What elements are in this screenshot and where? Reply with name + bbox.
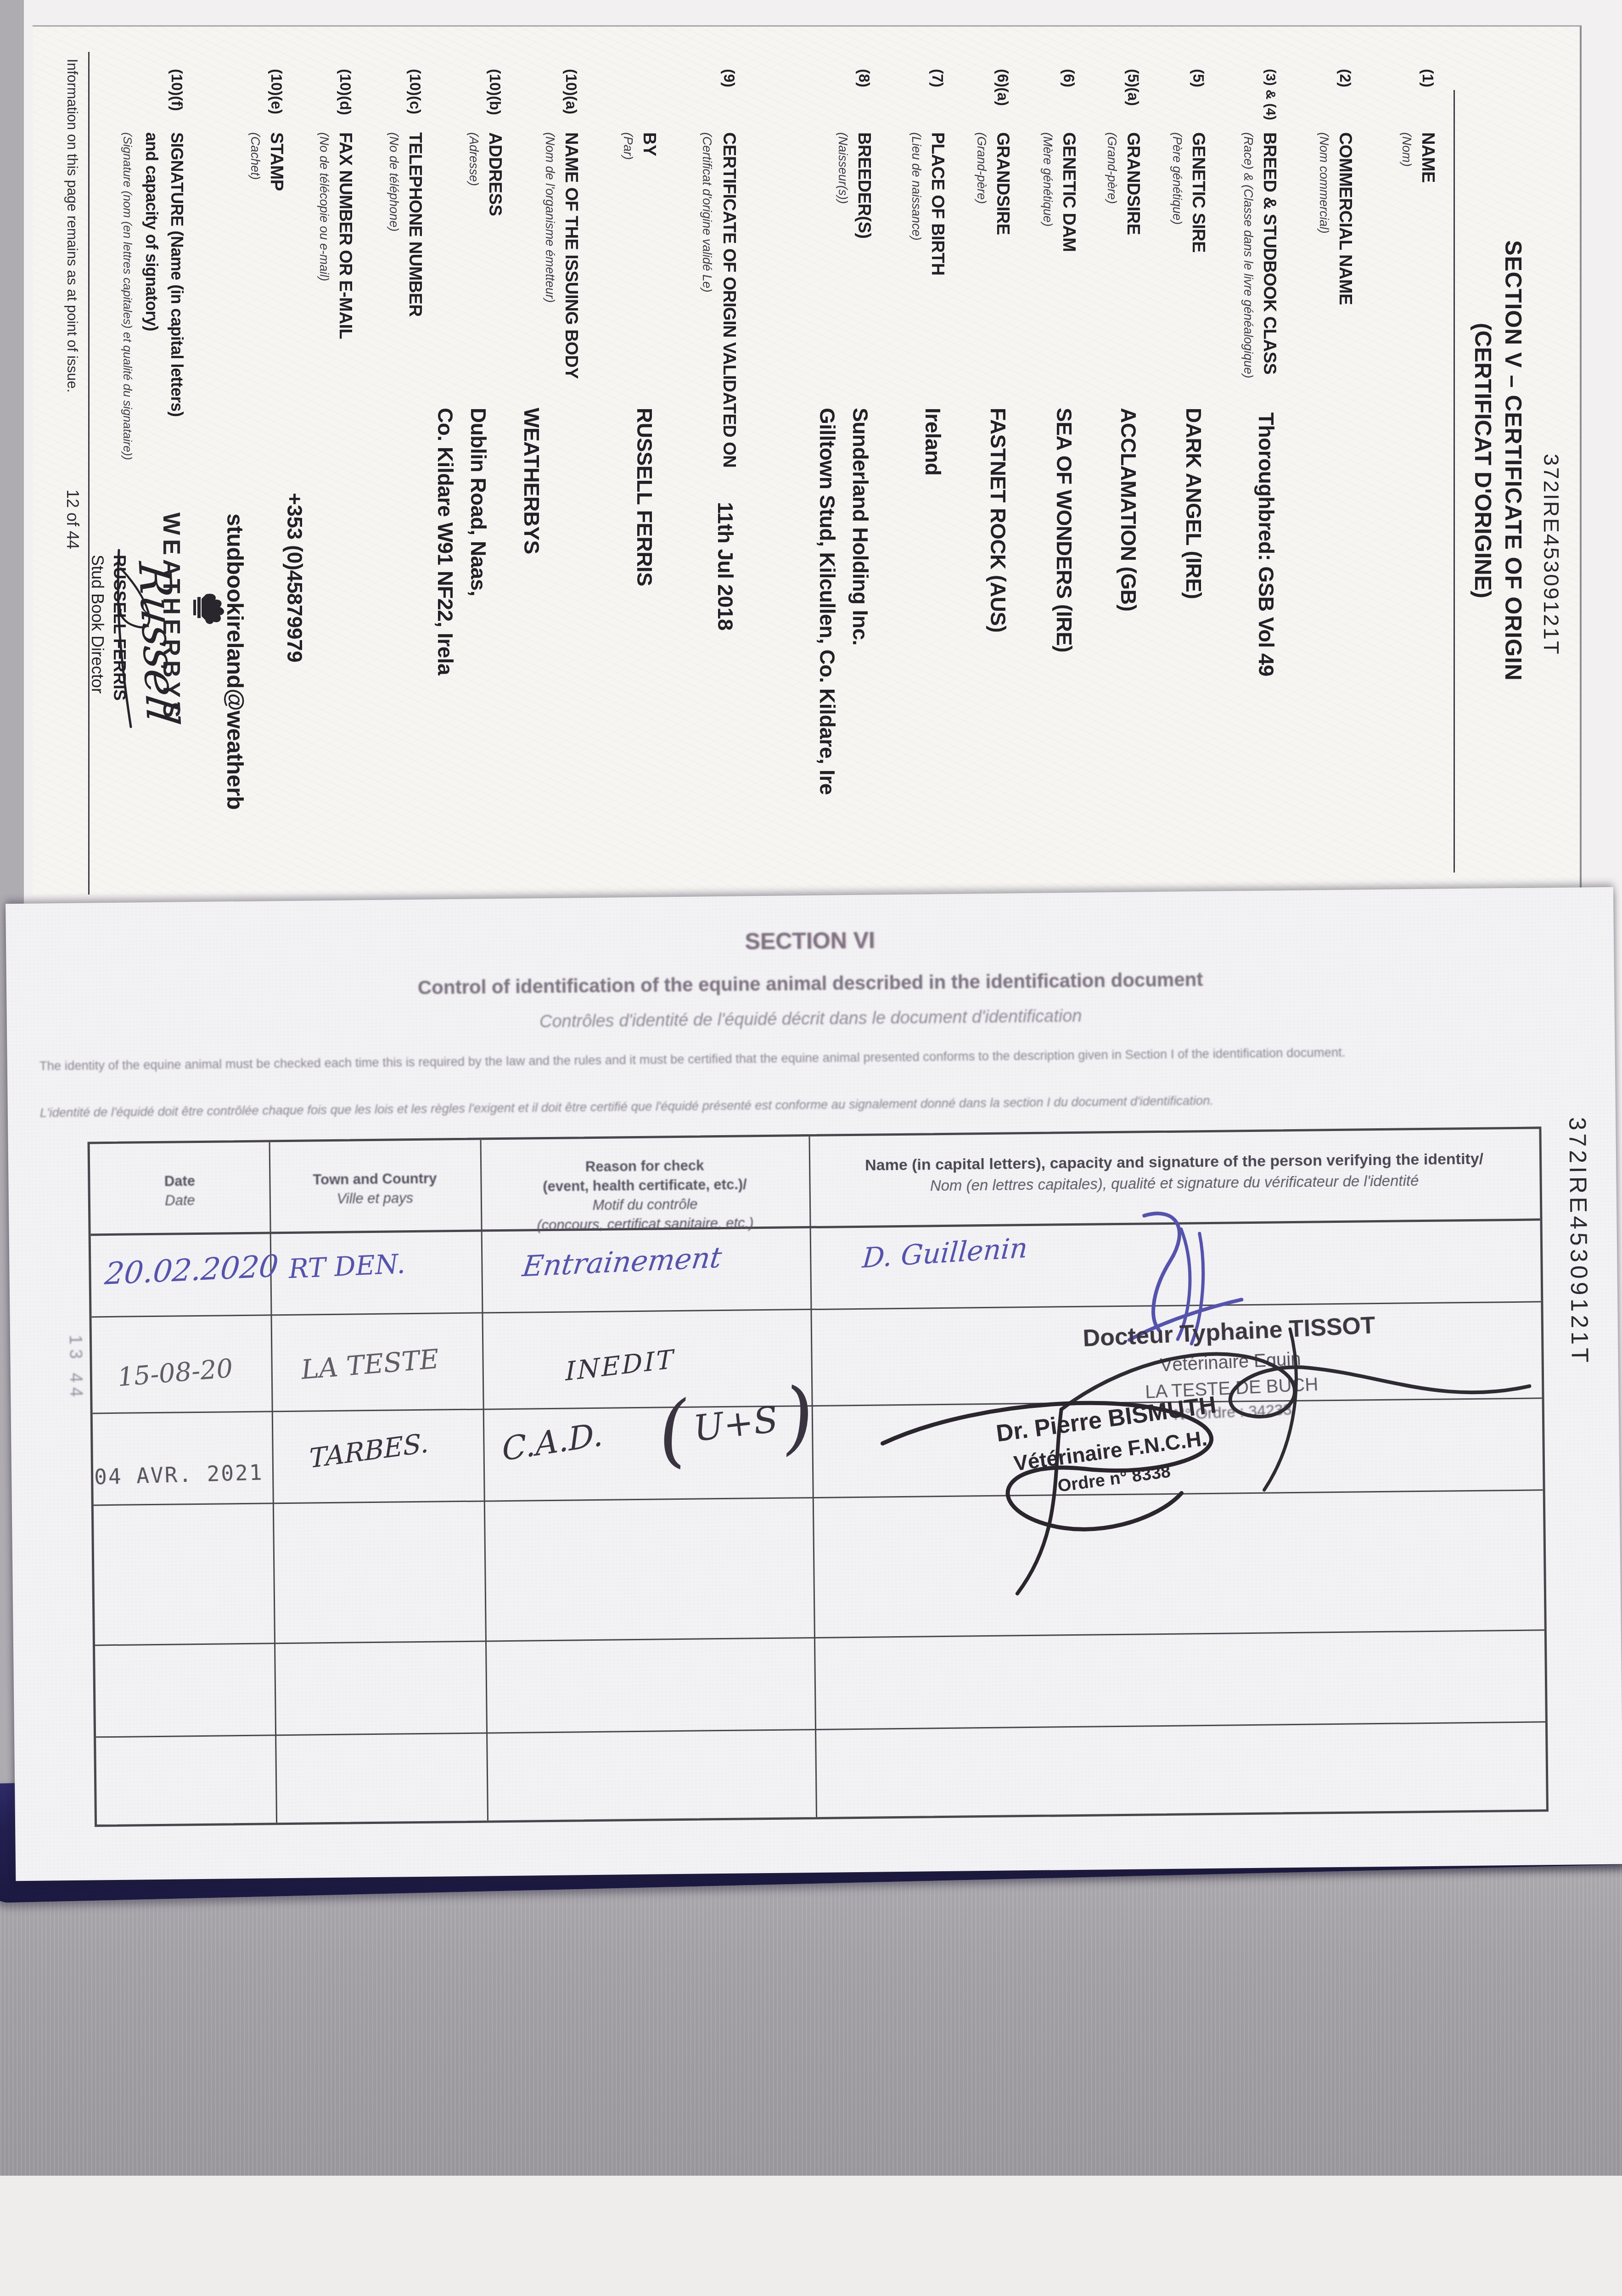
field-10b-label: ADDRESS [485,132,505,216]
grandsire-sire-value: ACCLAMATION (GB) [1116,408,1141,611]
scanner-gray-background [0,1863,1622,2177]
left-margin-marks: 13 44 [65,1335,86,1402]
field-10e-label: STAMP [266,132,286,191]
field-10b-num: (10)(b) [486,69,504,115]
row-divider-5 [96,1721,1545,1738]
genetic-sire-value: DARK ANGEL (IRE) [1181,408,1206,599]
field-9-label-fr: (Certificat d'origine validé Le) [700,132,714,293]
field-10d-num: (10)(d) [337,69,354,115]
field-2-num: (2) [1336,69,1354,87]
field-1-label-fr: (Nom) [1399,132,1414,167]
field-3-4-num: (3) & (4) [1263,69,1278,120]
row1-date: 20.02.2020 [103,1248,280,1292]
field-10e-label-fr: (Cachet) [248,132,262,180]
header-date-en: Date [90,1171,269,1192]
header-town-fr: Ville et pays [269,1187,481,1209]
row1-town: RT DEN. [288,1248,406,1284]
field-3-4-label: BREED & STUDBOOK CLASS [1259,132,1279,374]
row-divider-4 [95,1629,1544,1646]
header-rule [1454,90,1455,872]
field-10f-label-fr: (Signature (nom (en lettres capitales) e… [120,132,135,460]
field-10a-label: NAME OF THE ISSUING BODY [561,132,581,379]
field-10f-label-line2: and capacity of signatory) [142,132,161,331]
row3-reason: C.A.D. [501,1415,604,1469]
field-10f-num: (10)(f) [168,69,185,111]
row1-verifier-name: D. Guillenin [861,1232,1029,1274]
field-9-label: CERTIFICATE OF ORIGIN VALIDATED ON [719,132,739,467]
header-date: Date Date [90,1171,269,1211]
grandsire-dam-value: FASTNET ROCK (AUS) [986,408,1010,632]
field-10c-label: TELEPHONE NUMBER [405,132,425,317]
field-9-num: (9) [720,69,738,87]
field-10c-num: (10)(c) [406,69,424,114]
scanned-horse-passport: 372IRE45309121T SECTION V – CERTIFICATE … [0,0,1622,2296]
signatory-title: Stud Book Director [88,555,107,693]
scanner-streaks [0,1863,1622,2177]
row2-date: 15-08-20 [117,1354,234,1393]
section-vi-identification-page: SECTION VI Control of identification of … [6,887,1622,1881]
field-2-label: COMMERCIAL NAME [1335,132,1355,305]
row3-town: TARBES. [309,1427,429,1474]
header-reason-line3: Motif du contrôle [481,1193,809,1216]
field-6a-label-fr: (Grand-père) [974,132,988,204]
section-v-heading-fr: (CERTIFICAT D'ORIGINE) [1470,27,1496,895]
header-town-en: Town and Country [269,1169,480,1190]
address-value-line2: Co. Kildare W91 NF22, Irela [433,408,458,675]
field-7-label-fr: (Lieu de naissance) [909,132,923,241]
field-5-num: (5) [1190,69,1207,87]
field-1-num: (1) [1419,69,1437,87]
scanner-bottom-margin [0,2176,1622,2296]
by-label: BY [639,132,659,156]
breeder-value-line2: Gilltown Stud, Kilcullen, Co. Kildare, I… [815,408,840,795]
header-reason-line2: (event, health certificate, etc.)/ [480,1174,809,1197]
field-2-label-fr: (Nom commercial) [1317,132,1331,234]
header-reason-line4: (concours, certificat sanitaire, etc.) [481,1213,809,1235]
row1-reason: Entrainement [521,1240,724,1283]
field-8-label: BREEDER(S) [854,132,874,238]
field-6-label-fr: (Mère génétique) [1040,132,1055,227]
header-verifier: Name (in capital letters), capacity and … [809,1148,1540,1197]
column-divider-2 [480,1140,489,1821]
field-6a-num: (6)(a) [994,69,1011,106]
genetic-dam-value: SEA OF WONDERS (IRE) [1052,408,1077,653]
field-5a-label: GRANDSIRE [1123,132,1143,235]
field-7-label: PLACE OF BIRTH [927,132,947,276]
row3-reason-parens: ( U+S ) [654,1380,818,1468]
page-number: 12 of 44 [63,490,82,549]
field-10a-num: (10)(a) [562,69,580,114]
footer-note: Information on this page remains as at p… [64,59,80,393]
field-10a-label-fr: (Nom de l'organisme émetteur) [543,132,557,303]
header-reason: Reason for check (event, health certific… [480,1155,810,1235]
field-8-num: (8) [855,69,873,87]
field-6-label: GENETIC DAM [1059,132,1078,252]
by-value: RUSSELL FERRIS [632,408,657,586]
field-5-label-fr: (Père génétique) [1170,132,1184,225]
field-5a-label-fr: (Grand-père) [1105,132,1119,204]
header-town: Town and Country Ville et pays [269,1169,481,1210]
field-10f-label-line1: SIGNATURE (Name (in capital letters) [167,132,186,416]
section-v-certificate-page: 372IRE45309121T SECTION V – CERTIFICATE … [33,25,1582,895]
field-10d-label-fr: (No de télécopie ou e-mail) [317,132,331,281]
email-value: studbookireland@weatherb [222,513,248,810]
field-6a-label: GRANDSIRE [993,132,1012,235]
field-7-num: (7) [929,69,946,87]
row2-reason: INEDIT [565,1344,675,1387]
field-5a-num: (5)(a) [1124,69,1142,106]
field-10d-label: FAX NUMBER OR E-MAIL [335,132,355,339]
signatory-name: RUSSELL FERRIS [110,555,129,701]
field-10e-num: (10)(e) [268,69,285,114]
header-divider [91,1218,1540,1236]
field-10b-label-fr: (Adresse) [466,132,481,186]
header-reason-line1: Reason for check [480,1155,809,1177]
breeder-value-line1: Sunderland Holding Inc. [848,408,873,646]
row3-date-stamp: 04 AVR. 2021 [94,1460,264,1489]
telephone-value: +353 (0)45879979 [282,493,307,662]
section-v-heading: SECTION V – CERTIFICATE OF ORIGIN [1500,27,1527,895]
field-3-4-label-fr: (Race) & (Classe dans le livre généalogi… [1241,132,1255,378]
field-8-label-fr: (Naisseur(s)) [836,132,850,204]
header-date-fr: Date [90,1190,269,1211]
bismuth-signature [864,1379,1325,1604]
by-label-fr: (Par) [621,132,635,160]
breed-studbook-value: Thoroughbred: GSB Vol 49 [1254,412,1279,676]
validated-date-value: 11th Jul 2018 [713,502,738,630]
place-of-birth-value: Ireland [920,408,945,475]
column-divider-1 [269,1142,278,1823]
column-divider-3 [808,1137,817,1817]
field-6-num: (6) [1060,69,1078,87]
field-1-label: NAME [1418,132,1437,183]
paren-open: ( [654,1395,692,1468]
address-value-line1: Dublin Road, Naas, [466,408,491,596]
footer-rule [88,52,90,895]
field-5-label: GENETIC SIRE [1188,132,1208,253]
row2-town: LA TESTE [300,1343,440,1385]
issuing-body-value: WEATHERBYS [519,408,544,554]
row3-reason2: U+S [691,1399,780,1450]
field-10c-label-fr: (No de téléphone) [387,132,401,231]
weatherbys-crest-icon [187,588,229,627]
document-id-side: 372IRE45309121T [1563,1117,1595,1576]
document-id-top: 372IRE45309121T [1539,454,1564,656]
identification-check-table: Date Date Town and Country Ville et pays… [88,1126,1549,1827]
